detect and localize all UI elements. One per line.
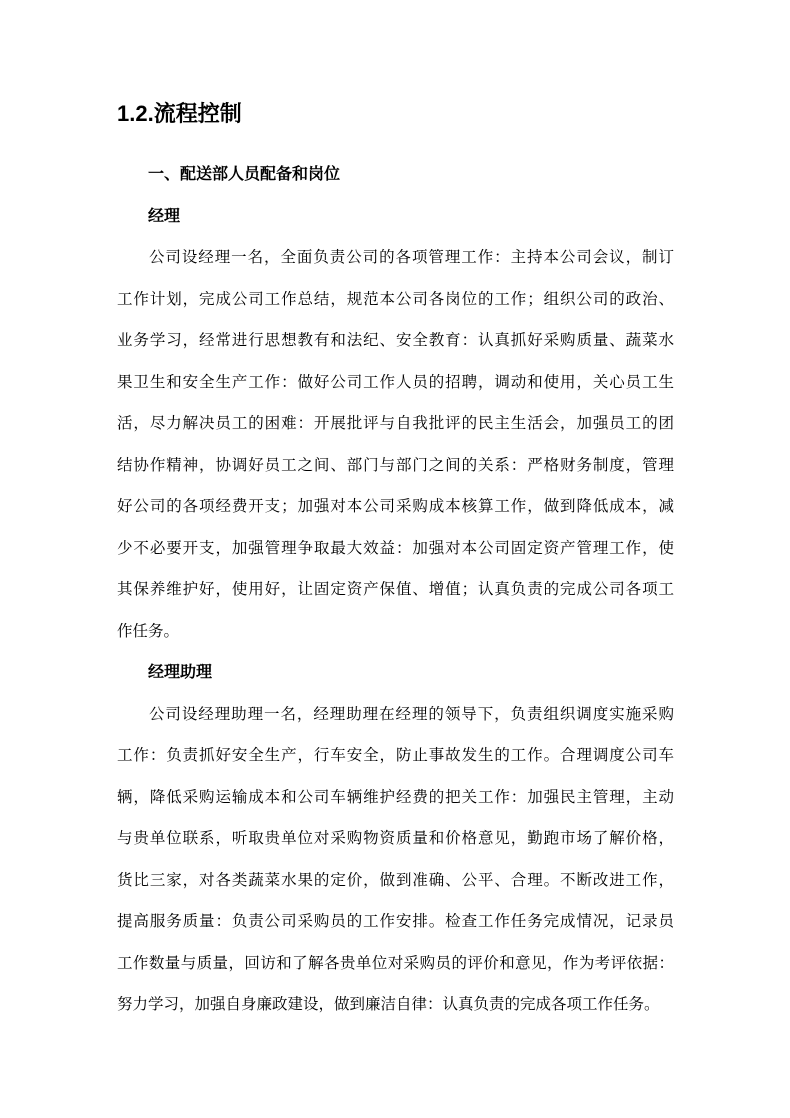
subsection-heading-manager: 经理 xyxy=(117,196,674,238)
paragraph-line: 公司设经理一名，全面负责公司的各项管理工作：主持本公司会议，制订 xyxy=(117,237,674,279)
paragraph-line: 其保养维护好，使用好，让固定资产保值、增值；认真负责的完成公司各项工 xyxy=(117,569,674,611)
paragraph-line: 努力学习，加强自身廉政建设，做到廉洁自律：认真负责的完成各项工作任务。 xyxy=(117,984,674,1026)
subsection-heading-assistant-manager: 经理助理 xyxy=(117,652,674,694)
document-page: 1.2.流程控制 一、配送部人员配备和岗位 经理 公司设经理一名，全面负责公司的… xyxy=(0,0,790,1118)
paragraph-line: 公司设经理助理一名，经理助理在经理的领导下，负责组织调度实施采购 xyxy=(117,694,674,736)
paragraph-line: 结协作精神，协调好员工之间、部门与部门之间的关系：严格财务制度，管理 xyxy=(117,445,674,487)
paragraph-line: 货比三家，对各类蔬菜水果的定价，做到准确、公平、合理。不断改进工作， xyxy=(117,860,674,902)
paragraph-line: 工作计划，完成公司工作总结，规范本公司各岗位的工作；组织公司的政治、 xyxy=(117,279,674,321)
section-heading: 一、配送部人员配备和岗位 xyxy=(117,154,674,196)
paragraph-line: 业务学习，经常进行思想教有和法纪、安全教育：认真抓好采购质量、蔬菜水 xyxy=(117,320,674,362)
document-body: 一、配送部人员配备和岗位 经理 公司设经理一名，全面负责公司的各项管理工作：主持… xyxy=(117,154,674,1026)
paragraph-line: 活，尽力解决员工的困难：开展批评与自我批评的民主生活会，加强员工的团 xyxy=(117,403,674,445)
paragraph-line: 工作：负责抓好安全生产，行车安全，防止事故发生的工作。合理调度公司车 xyxy=(117,735,674,777)
paragraph-line: 与贵单位联系，听取贵单位对采购物资质量和价格意见，勤跑市场了解价格， xyxy=(117,818,674,860)
paragraph-line: 果卫生和安全生产工作：做好公司工作人员的招聘，调动和使用，关心员工生 xyxy=(117,362,674,404)
document-title: 1.2.流程控制 xyxy=(117,100,242,128)
paragraph-line: 少不必要开支，加强管理争取最大效益：加强对本公司固定资产管理工作，使 xyxy=(117,528,674,570)
paragraph-assistant-manager-duties: 公司设经理助理一名，经理助理在经理的领导下，负责组织调度实施采购工作：负责抓好安… xyxy=(117,694,674,1026)
paragraph-line: 辆，降低采购运输成本和公司车辆维护经费的把关工作：加强民主管理，主动 xyxy=(117,777,674,819)
paragraph-manager-duties: 公司设经理一名，全面负责公司的各项管理工作：主持本公司会议，制订工作计划，完成公… xyxy=(117,237,674,652)
paragraph-line: 好公司的各项经费开支；加强对本公司采购成本核算工作，做到降低成本，减 xyxy=(117,486,674,528)
paragraph-line: 作任务。 xyxy=(117,611,674,653)
paragraph-line: 提高服务质量：负责公司采购员的工作安排。检查工作任务完成情况，记录员 xyxy=(117,901,674,943)
paragraph-line: 工作数量与质量，回访和了解各贵单位对采购员的评价和意见，作为考评依据： xyxy=(117,943,674,985)
